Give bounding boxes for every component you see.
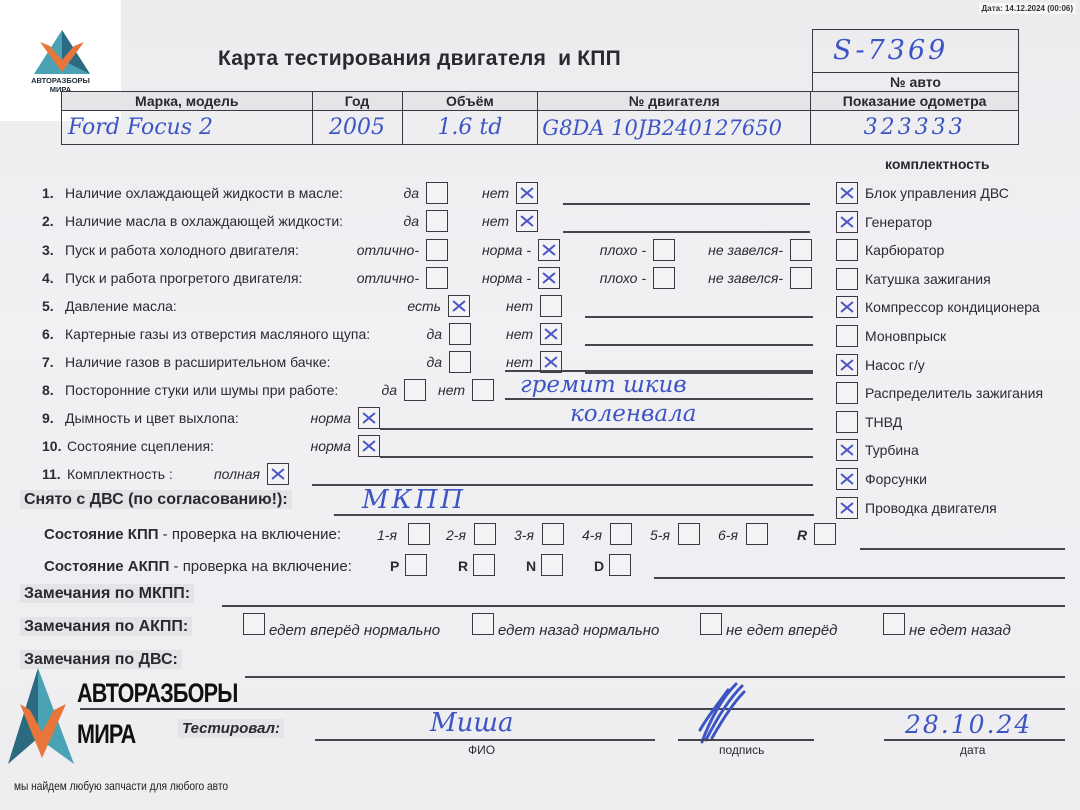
engine-number-value[interactable]: G8DA 10JB240127650 [538, 111, 811, 145]
check-option-label: да [403, 213, 419, 229]
check-option-label: да [381, 382, 397, 398]
brand-mark-icon [32, 30, 92, 76]
check-note-line[interactable] [585, 316, 813, 318]
akpp-mode-checkbox[interactable] [541, 554, 563, 576]
completeness-item-label: Насос г/у [865, 357, 925, 373]
check-number: 2. [42, 213, 54, 229]
signature-line [678, 739, 814, 741]
akpp-mode-label: P [390, 558, 399, 574]
check-option-checkbox[interactable] [358, 407, 380, 429]
akpp-remark-label: не едет вперёд [726, 622, 837, 639]
check-label: Наличие газов в расширительном бачке: [65, 354, 331, 370]
completeness-title: комплектность [885, 156, 989, 172]
completeness-checkbox[interactable] [836, 211, 858, 233]
kpp-gear-checkbox[interactable] [814, 523, 836, 545]
vehicle-info-header-row: Марка, модель Год Объём № двигателя Пока… [62, 92, 1019, 111]
check-option-checkbox[interactable] [790, 267, 812, 289]
akpp-note-line [654, 577, 1065, 579]
check-label: Дымность и цвет выхлопа: [65, 410, 239, 426]
check-option-label: плохо - [600, 242, 646, 258]
completeness-checkbox[interactable] [836, 382, 858, 404]
check-option-label: нет [438, 382, 465, 398]
check-label: Наличие охлаждающей жидкости в масле: [65, 185, 343, 201]
check-option-checkbox[interactable] [790, 239, 812, 261]
akpp-mode-label: N [526, 558, 536, 574]
check-label: Пуск и работа холодного двигателя: [65, 242, 299, 258]
akpp-mode-checkbox[interactable] [609, 554, 631, 576]
completeness-checkbox[interactable] [836, 439, 858, 461]
col-odometer-label: Показание одометра [811, 92, 1019, 111]
check-option-label: нет [482, 185, 509, 201]
check-option-checkbox[interactable] [448, 295, 470, 317]
print-timestamp: Дата: 14.12.2024 (00:06) [979, 3, 1076, 14]
test-date-caption: дата [960, 743, 985, 757]
test-card-document: АВТОРАЗБОРЫ МИРА Дата: 14.12.2024 (00:06… [0, 0, 1080, 810]
check-option-checkbox[interactable] [653, 239, 675, 261]
akpp-mode-checkbox[interactable] [473, 554, 495, 576]
check-option-label: отлично- [357, 270, 419, 286]
check-option-label: нет [506, 326, 533, 342]
kpp-gear-label: 1-я [377, 527, 397, 543]
akpp-label: Состояние АКПП - проверка на включение: [44, 558, 352, 575]
check-label: Наличие масла в охлаждающей жидкости: [65, 213, 343, 229]
check-option-checkbox[interactable] [540, 295, 562, 317]
col-year-label: Год [312, 92, 402, 111]
kpp-gear-label: 2-я [446, 527, 466, 543]
removed-value[interactable]: МКПП [362, 485, 466, 515]
check-option-label: не завелся- [708, 270, 783, 286]
check-option-label: не завелся- [708, 242, 783, 258]
noise-note-underline1 [505, 398, 813, 400]
brand-name-bottom-2: МИРА [77, 719, 135, 750]
completeness-item-label: ТНВД [865, 414, 902, 430]
completeness-checkbox[interactable] [836, 354, 858, 376]
check-label: Посторонние стуки или шумы при работе: [65, 382, 338, 398]
completeness-checkbox[interactable] [836, 468, 858, 490]
check-note-line[interactable] [380, 428, 813, 430]
completeness-checkbox[interactable] [836, 296, 858, 318]
check-option-label: нет [482, 213, 509, 229]
make-model-value[interactable]: Ford Focus 2 [62, 111, 313, 145]
car-number-value[interactable]: S-7369 [833, 35, 948, 66]
completeness-item-label: Форсунки [865, 471, 927, 487]
remarks-akpp-label: Замечания по АКПП: [20, 618, 192, 636]
tester-name-caption: ФИО [468, 743, 495, 757]
completeness-checkbox[interactable] [836, 325, 858, 347]
akpp-mode-label: R [458, 558, 468, 574]
check-option-checkbox[interactable] [404, 379, 426, 401]
check-option-label: норма - [482, 270, 531, 286]
check-option-checkbox[interactable] [472, 379, 494, 401]
test-date-line [884, 739, 1065, 741]
col-volume-label: Объём [402, 92, 538, 111]
check-option-checkbox[interactable] [538, 239, 560, 261]
akpp-remark-checkbox[interactable] [472, 613, 494, 635]
check-option-label: норма [310, 438, 351, 454]
check-note-line[interactable] [585, 344, 813, 346]
kpp-gear-checkbox[interactable] [746, 523, 768, 545]
check-option-checkbox[interactable] [267, 463, 289, 485]
check-option-label: есть [407, 298, 441, 314]
check-number: 5. [42, 298, 54, 314]
check-number: 8. [42, 382, 54, 398]
check-number: 4. [42, 270, 54, 286]
completeness-checkbox[interactable] [836, 182, 858, 204]
check-option-checkbox[interactable] [653, 267, 675, 289]
completeness-item-label: Турбина [865, 442, 919, 458]
kpp-gear-label: 6-я [718, 527, 738, 543]
kpp-gear-label: 3-я [514, 527, 534, 543]
check-option-label: нет [506, 298, 533, 314]
akpp-mode-checkbox[interactable] [405, 554, 427, 576]
kpp-label: Состояние КПП - проверка на включение: [44, 526, 341, 543]
check-note-line[interactable] [563, 203, 810, 205]
check-option-checkbox[interactable] [449, 351, 471, 373]
completeness-checkbox[interactable] [836, 497, 858, 519]
year-value[interactable]: 2005 [312, 111, 402, 145]
check-option-checkbox[interactable] [426, 267, 448, 289]
noise-note-line1[interactable]: гремит шкив [520, 372, 687, 398]
completeness-item-label: Генератор [865, 214, 932, 230]
vehicle-info-table: Марка, модель Год Объём № двигателя Пока… [61, 91, 1019, 145]
kpp-gear-label: R [797, 527, 807, 543]
remarks-dvs-label: Замечания по ДВС: [20, 651, 182, 669]
remarks-akpp-top-line [222, 605, 1065, 607]
check-option-label: нет [506, 354, 533, 370]
completeness-item-label: Блок управления ДВС [865, 185, 1009, 201]
page-title: Карта тестирования двигателя и КПП [218, 47, 621, 71]
akpp-mode-label: D [594, 558, 604, 574]
tester-label: Тестировал: [178, 720, 284, 738]
col-engine-number-label: № двигателя [538, 92, 811, 111]
check-option-label: полная [214, 466, 260, 482]
car-number-label: № авто [812, 72, 1019, 92]
odometer-value[interactable]: 323333 [811, 111, 1019, 145]
completeness-item-label: Моновпрыск [865, 328, 946, 344]
completeness-item-label: Компрессор кондиционера [865, 299, 1040, 315]
check-number: 3. [42, 242, 54, 258]
tester-name-value[interactable]: Миша [430, 708, 514, 738]
check-option-label: да [426, 354, 442, 370]
completeness-checkbox[interactable] [836, 239, 858, 261]
check-option-checkbox[interactable] [516, 182, 538, 204]
akpp-remark-label: едет вперёд нормально [269, 622, 440, 639]
check-option-checkbox[interactable] [538, 267, 560, 289]
akpp-remark-label: не едет назад [909, 622, 1011, 639]
kpp-gear-label: 5-я [650, 527, 670, 543]
signature-caption: подпись [719, 743, 764, 757]
check-option-checkbox[interactable] [540, 323, 562, 345]
completeness-checkbox[interactable] [836, 268, 858, 290]
check-label: Пуск и работа прогретого двигателя: [65, 270, 302, 286]
check-number: 1. [42, 185, 54, 201]
check-label: Комплектность : [67, 466, 173, 482]
check-number: 9. [42, 410, 54, 426]
vehicle-info-value-row: Ford Focus 2 2005 1.6 td G8DA 10JB240127… [62, 111, 1019, 145]
check-number: 10. [42, 438, 61, 454]
check-option-checkbox[interactable] [426, 182, 448, 204]
test-date-value[interactable]: 28.10.24 [905, 710, 1032, 739]
check-note-line[interactable] [563, 231, 810, 233]
noise-note-line2[interactable]: коленвала [570, 401, 696, 427]
completeness-item-label: Карбюратор [865, 242, 944, 258]
brand-slogan: мы найдем любую запчасти для любого авто [14, 779, 228, 793]
completeness-item-label: Распределитель зажигания [865, 385, 1043, 401]
check-option-checkbox[interactable] [449, 323, 471, 345]
akpp-remark-checkbox[interactable] [883, 613, 905, 635]
completeness-item-label: Проводка двигателя [865, 500, 997, 516]
tester-name-line [315, 739, 655, 741]
kpp-gear-checkbox[interactable] [610, 523, 632, 545]
completeness-checkbox[interactable] [836, 411, 858, 433]
check-option-label: отлично- [357, 242, 419, 258]
check-option-label: да [426, 326, 442, 342]
remarks-mkpp-label: Замечания по МКПП: [20, 585, 194, 603]
check-option-checkbox[interactable] [358, 435, 380, 457]
kpp-gear-checkbox[interactable] [474, 523, 496, 545]
check-label: Картерные газы из отверстия масляного щу… [65, 326, 370, 342]
check-option-label: плохо - [600, 270, 646, 286]
kpp-gear-checkbox[interactable] [408, 523, 430, 545]
akpp-remark-checkbox[interactable] [243, 613, 265, 635]
check-option-label: да [403, 185, 419, 201]
kpp-gear-label: 4-я [582, 527, 602, 543]
check-option-checkbox[interactable] [426, 239, 448, 261]
car-number-box: S-7369 [812, 29, 1019, 73]
removed-underline [334, 514, 814, 516]
check-option-label: норма [310, 410, 351, 426]
akpp-remark-label: едет назад нормально [498, 622, 659, 639]
kpp-note-line [860, 548, 1065, 550]
volume-value[interactable]: 1.6 td [402, 111, 538, 145]
check-option-label: норма - [482, 242, 531, 258]
kpp-gear-checkbox[interactable] [678, 523, 700, 545]
check-label: Состояние сцепления: [67, 438, 214, 454]
check-number: 11. [42, 466, 61, 482]
check-option-checkbox[interactable] [426, 210, 448, 232]
col-make-model-label: Марка, модель [62, 92, 313, 111]
brand-mark-bottom-icon [6, 668, 76, 768]
check-number: 7. [42, 354, 54, 370]
check-option-checkbox[interactable] [516, 210, 538, 232]
completeness-item-label: Катушка зажигания [865, 271, 991, 287]
removed-label: Снято с ДВС (по согласованию!): [20, 491, 292, 509]
check-label: Давление масла: [65, 298, 177, 314]
remarks-dvs-line[interactable] [245, 676, 1065, 678]
brand-name-bottom-1: АВТОРАЗБОРЫ [77, 678, 238, 709]
check-number: 6. [42, 326, 54, 342]
akpp-remark-checkbox[interactable] [700, 613, 722, 635]
kpp-gear-checkbox[interactable] [542, 523, 564, 545]
check-note-line[interactable] [380, 456, 813, 458]
